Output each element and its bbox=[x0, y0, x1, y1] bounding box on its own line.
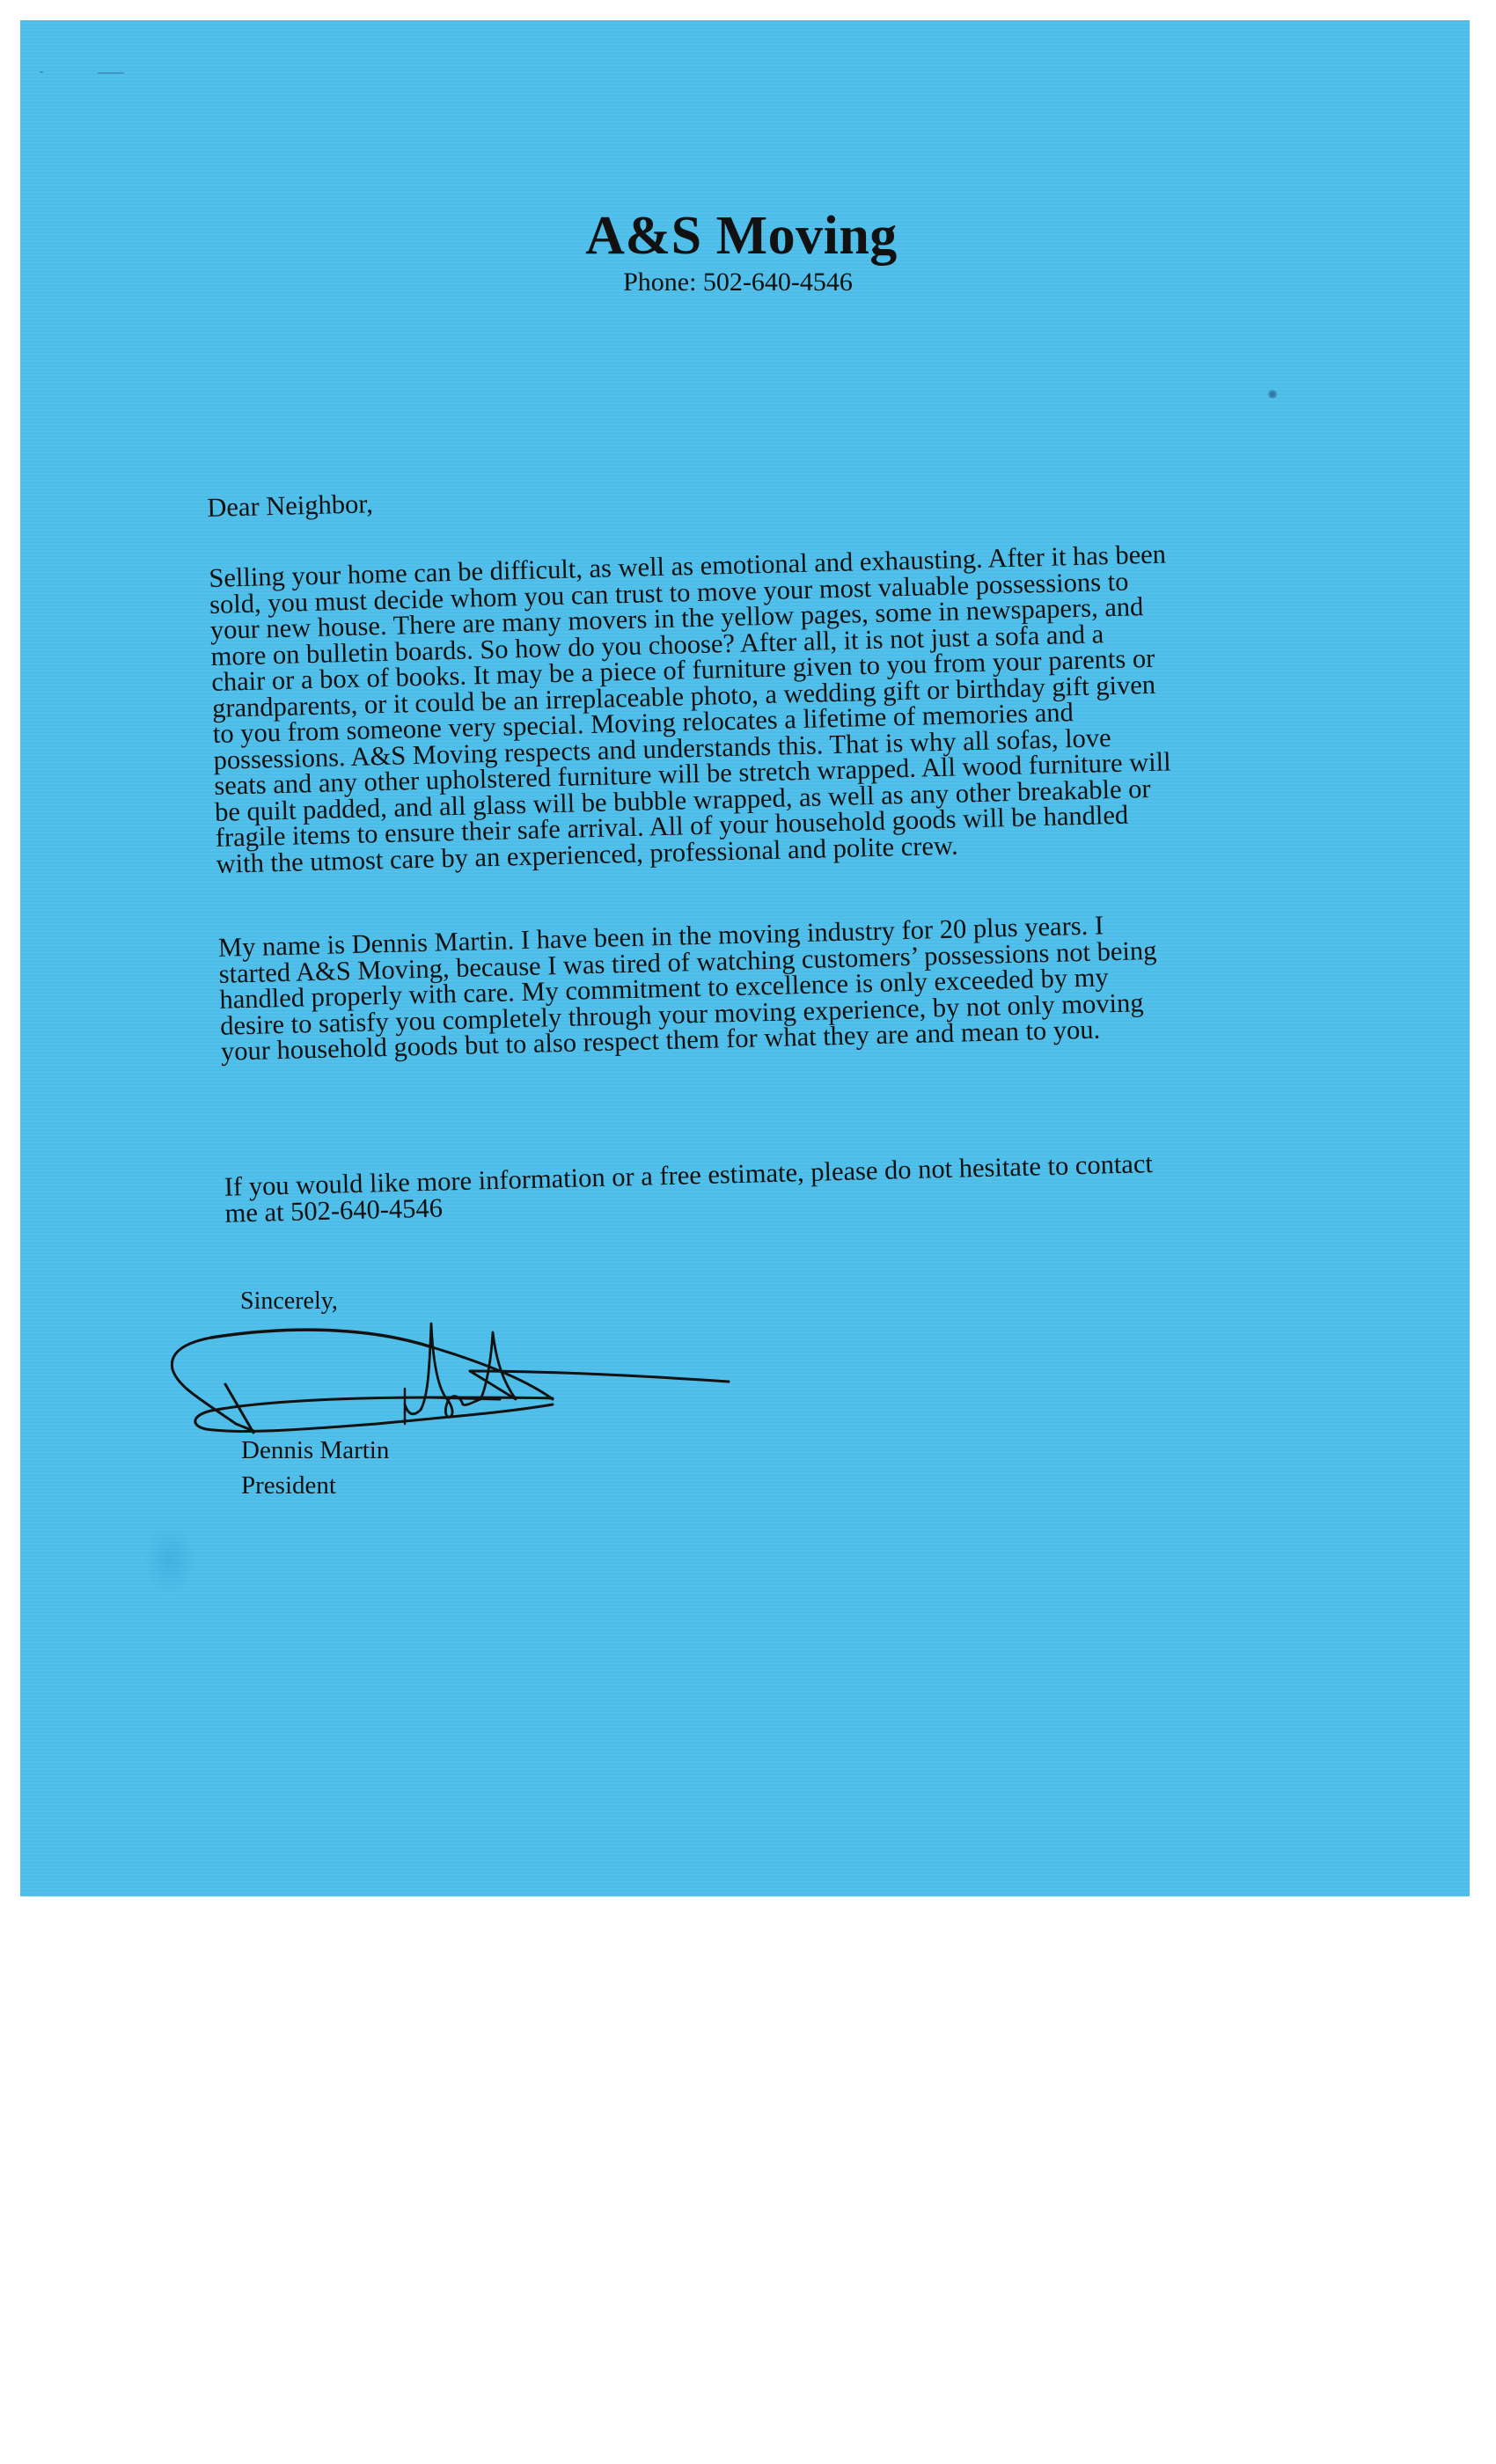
signer-title: President bbox=[241, 1468, 389, 1503]
signer-name: Dennis Martin bbox=[241, 1433, 389, 1468]
paragraph-intro: Selling your home can be difficult, as w… bbox=[209, 541, 1173, 876]
paragraph-contact: If you would like more information or a … bbox=[224, 1151, 1154, 1227]
signer-block: Dennis Martin President bbox=[241, 1433, 389, 1503]
paper-smudge bbox=[143, 1525, 196, 1595]
scan-artifact bbox=[29, 70, 135, 76]
scan-speck bbox=[1267, 390, 1278, 399]
paragraph-about: My name is Dennis Martin. I have been in… bbox=[218, 912, 1159, 1065]
signature-icon bbox=[165, 1301, 869, 1450]
company-phone: Phone: 502-640-4546 bbox=[20, 267, 1463, 298]
company-name: A&S Moving bbox=[20, 205, 1466, 267]
salutation: Dear Neighbor, bbox=[207, 491, 373, 521]
letterhead: A&S Moving Phone: 502-640-4546 bbox=[20, 205, 1470, 298]
scanned-letter-page: A&S Moving Phone: 502-640-4546 Dear Neig… bbox=[20, 20, 1470, 1896]
letter-body: Dear Neighbor, Selling your home can be … bbox=[207, 467, 1316, 495]
